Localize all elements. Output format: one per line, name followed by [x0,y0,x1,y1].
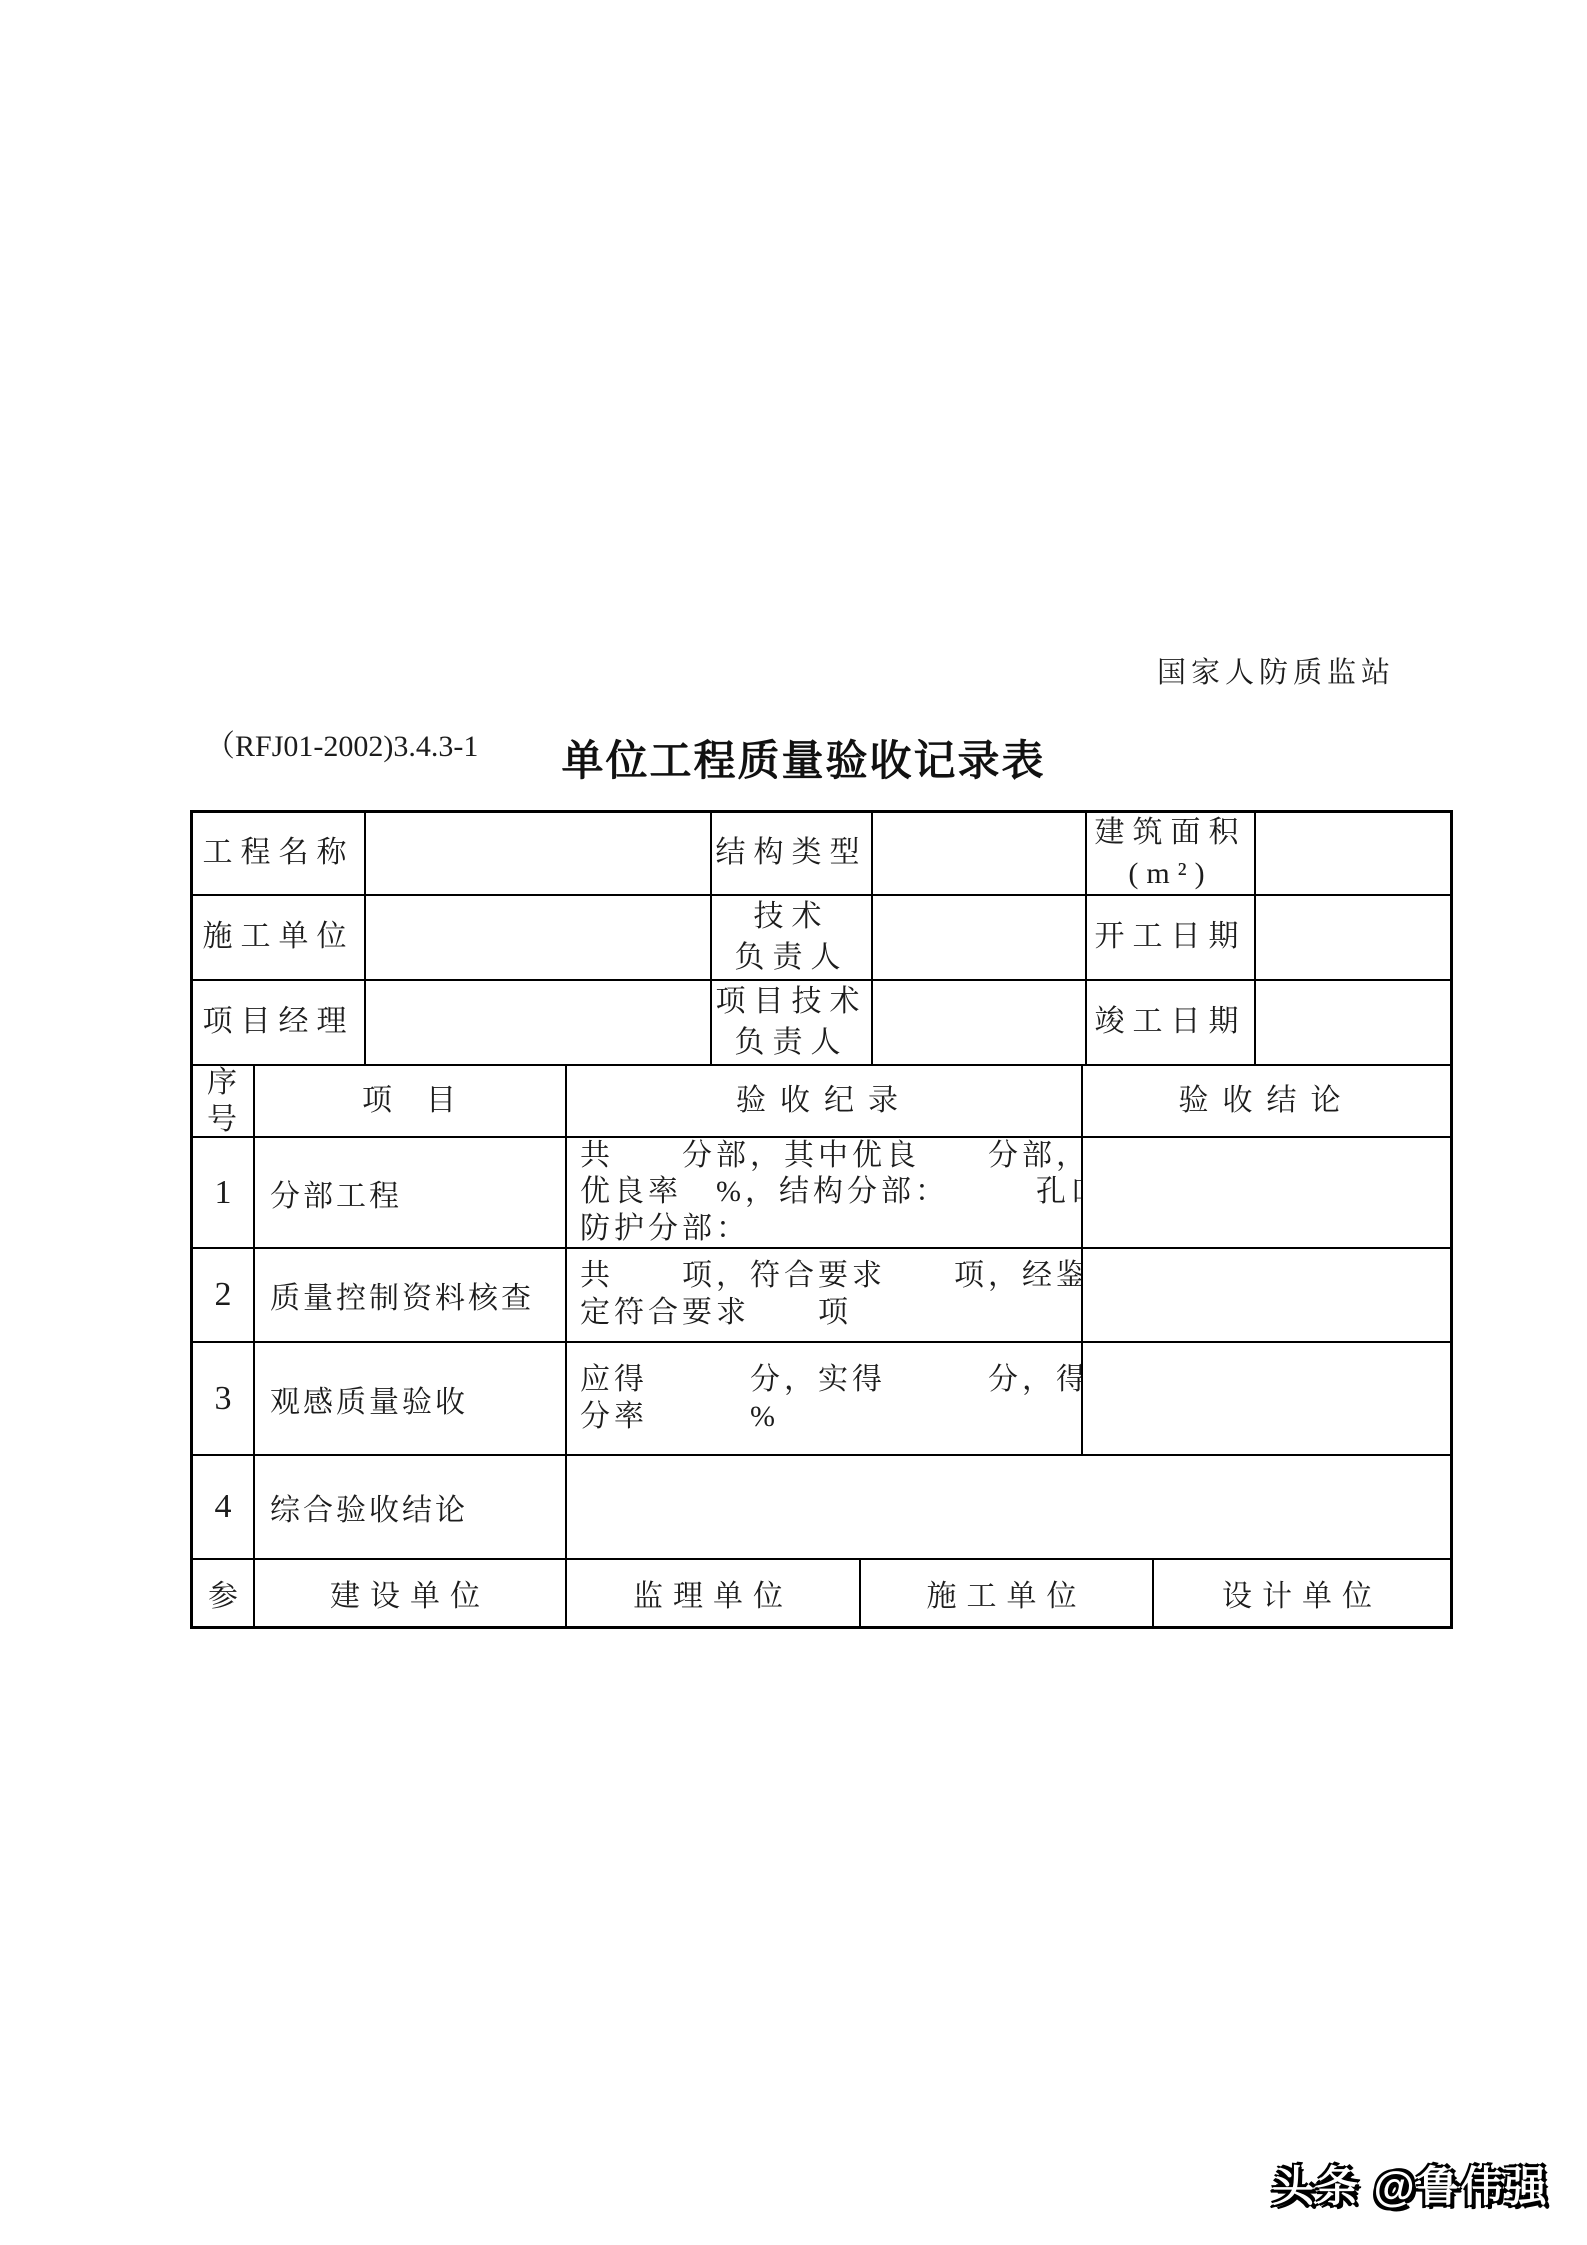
project-tech-director-label: 项目技术 负责人 [712,981,873,1066]
start-date-label: 开工日期 [1087,896,1256,981]
start-date-value [1256,896,1450,981]
tech-director-value [873,896,1087,981]
seq-no-header: 序 号 [193,1066,255,1138]
unit-supervision: 监理单位 [567,1560,861,1626]
unit-contractor: 施工单位 [861,1560,1154,1626]
item-2-label: 质量控制资料核查 [255,1249,567,1343]
item-4-conclusion-value [567,1456,1450,1560]
completion-date-label: 竣工日期 [1087,981,1256,1066]
page-title: 单位工程质量验收记录表 [172,728,1435,788]
structure-type-label: 结构类型 [712,813,873,896]
project-manager-value [366,981,712,1066]
conclusion-header: 验收结论 [1083,1066,1450,1138]
project-manager-label: 项目经理 [193,981,366,1066]
item-1-record: 共 分部，其中优良 分部， 优良率 %，结构分部： 孔口 防护分部： [567,1138,1083,1249]
item-3-record: 应得 分，实得 分，得 分率 % [567,1343,1083,1456]
structure-type-value [873,813,1087,896]
completion-date-value [1256,981,1450,1066]
item-3-label: 观感质量验收 [255,1343,567,1456]
construction-unit-value [366,896,712,981]
project-tech-director-value [873,981,1087,1066]
item-3-no: 3 [193,1343,255,1456]
issuer-agency: 国家人防质监站 [1157,650,1395,691]
floor-area-label: 建筑面积 (m²) [1087,813,1256,896]
unit-designer: 设计单位 [1154,1560,1450,1626]
item-2-conclusion [1083,1249,1450,1343]
checklist-item-4-row: 4 综合验收结论 [193,1456,1450,1560]
project-name-label: 工程名称 [193,813,366,896]
checklist-section: 序 号 项 目 验收纪录 验收结论 1 分部工程 共 分部，其中优良 分部， 优… [193,1066,1450,1456]
signoff-section: 参 建设单位 监理单位 施工单位 设计单位 [193,1560,1450,1626]
tech-director-label: 技术 负责人 [712,896,873,981]
item-header: 项 目 [255,1066,567,1138]
item-1-no: 1 [193,1138,255,1249]
info-section: 工程名称 结构类型 建筑面积 (m²) 施工单位 技术 负责人 开工日期 项目经… [193,813,1450,1066]
item-4-label: 综合验收结论 [255,1456,567,1560]
item-4-no: 4 [193,1456,255,1560]
item-1-label: 分部工程 [255,1138,567,1249]
item-1-conclusion [1083,1138,1450,1249]
item-2-no: 2 [193,1249,255,1343]
item-3-conclusion [1083,1343,1450,1456]
participate-label: 参 [193,1560,255,1626]
construction-unit-label: 施工单位 [193,896,366,981]
project-name-value [366,813,712,896]
item-2-record: 共 项，符合要求 项，经鉴 定符合要求 项 [567,1249,1083,1343]
floor-area-value [1256,813,1450,896]
record-header: 验收纪录 [567,1066,1083,1138]
acceptance-record-table: 工程名称 结构类型 建筑面积 (m²) 施工单位 技术 负责人 开工日期 项目经… [190,810,1453,1629]
unit-construction-owner: 建设单位 [255,1560,567,1626]
toutiao-watermark: 头条 @鲁伟强 [1272,2154,1549,2214]
scanned-form-page: { "page": { "doc_code": "（RFJ01-2002)3.4… [0,0,1587,2245]
